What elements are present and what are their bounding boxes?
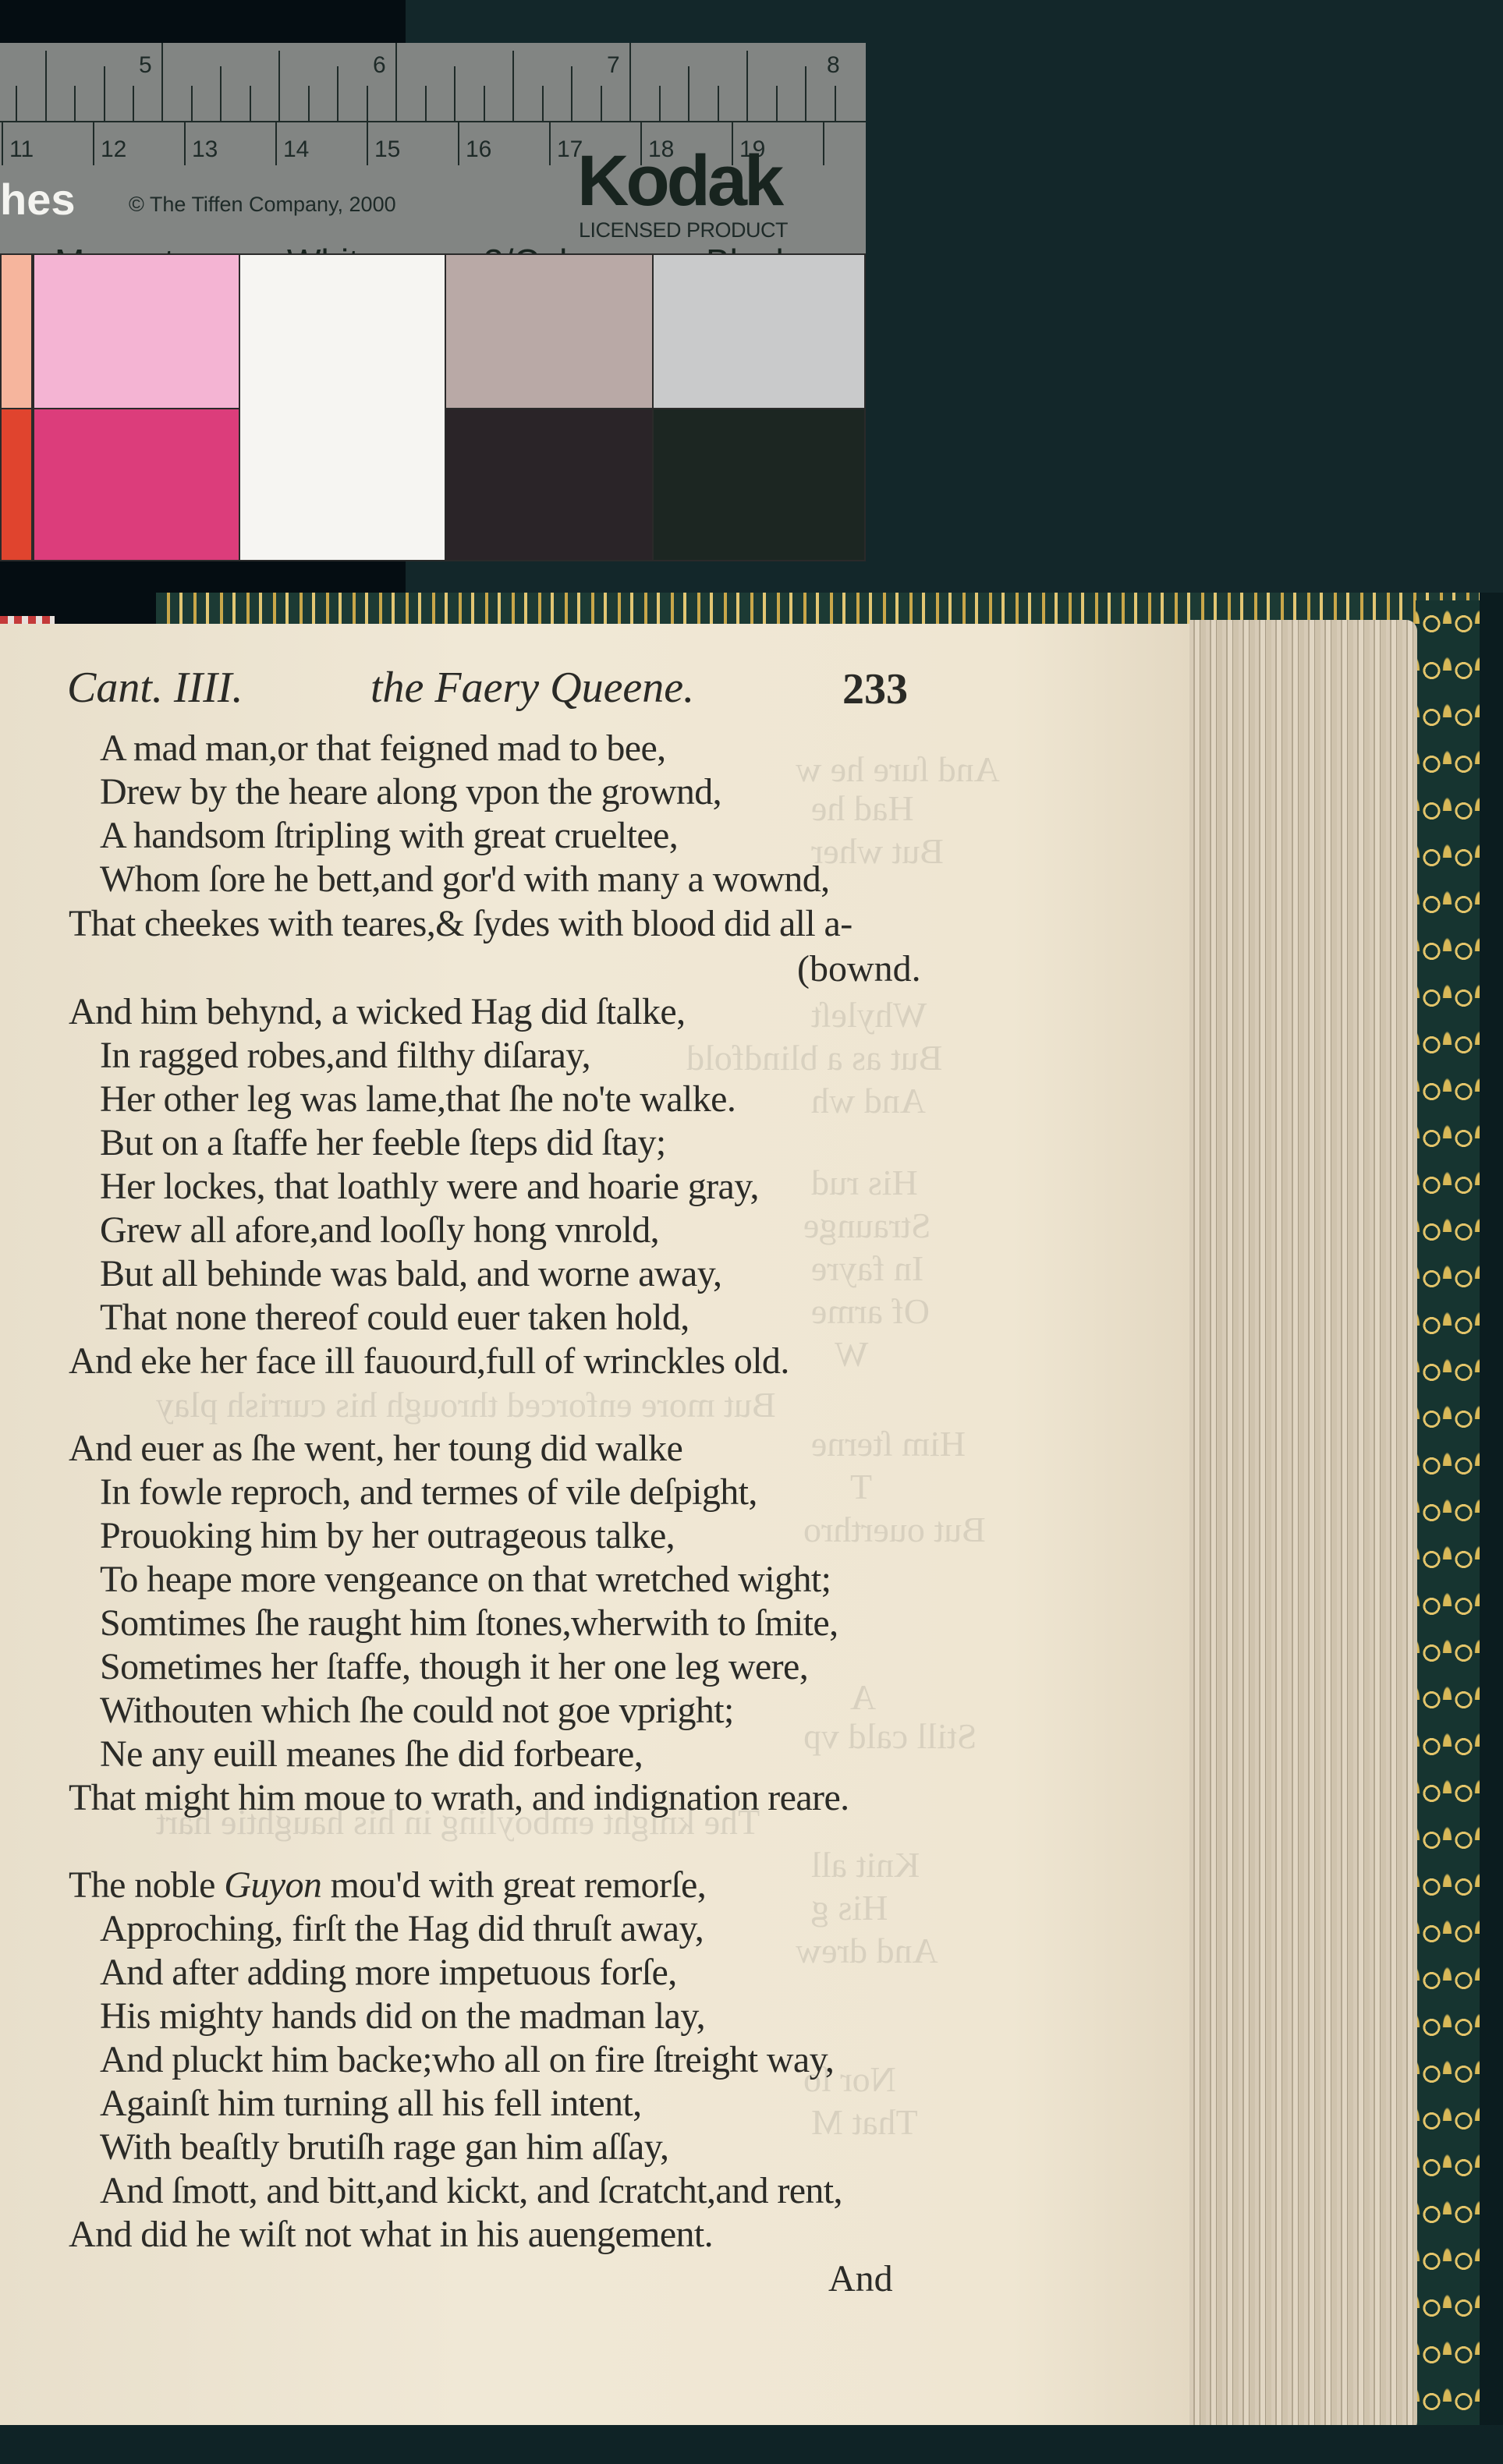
verse-line: Her other leg was lame,that ſhe no'te wa…: [100, 1078, 736, 1120]
verse-line: And pluckt him backe;who all on fire ſtr…: [100, 2038, 834, 2081]
swatch-black-light: [652, 253, 866, 409]
ruler-inch-label: 5: [139, 52, 152, 79]
gilt-cover-border: [1416, 600, 1480, 2425]
color-calibration-card: 5 6 7 8 11 12 13 14 15 16 17 18 19 hes ©…: [0, 43, 866, 561]
verse-line: That might him moue to wrath, and indign…: [69, 1776, 849, 1819]
swatch-3color-dark: [445, 408, 654, 561]
verse-line: Somtimes ſhe raught him ſtones,wherwith …: [100, 1602, 838, 1644]
show-through-text: Whyleſt: [811, 994, 927, 1036]
swatch-magenta-dark: [33, 408, 240, 561]
kodak-logo: Kodak: [577, 140, 781, 222]
licensed-product-label: LICENSED PRODUCT: [579, 218, 788, 243]
show-through-text: That M: [811, 2101, 918, 2143]
show-through-text: Him ſterne: [811, 1423, 966, 1464]
verse-line: But all behinde was bald, and worne away…: [100, 1252, 721, 1295]
verse-line: Whom ſore he bett,and gor'd with many a …: [100, 858, 830, 901]
show-through-text: Straunge: [803, 1205, 931, 1246]
verse-line: In ragged robes,and filthy diſaray,: [100, 1034, 590, 1077]
page-number: 233: [842, 664, 908, 714]
verse-line: Prouoking him by her outrageous talke,: [100, 1514, 675, 1557]
card-copyright: © The Tiffen Company, 2000: [129, 193, 396, 217]
verse-line: A mad man,or that feigned mad to bee,: [100, 727, 666, 770]
verse-line: And ſmott, and bitt,and kickt, and ſcrat…: [100, 2169, 842, 2212]
background-right-edge: [1480, 593, 1503, 2464]
ruler-inch-label: 7: [607, 52, 620, 79]
page-block-edges: [1189, 620, 1417, 2433]
verse-line: His mighty hands did on the madman lay,: [100, 1995, 705, 2037]
show-through-text: But more enforced through his currish pl…: [156, 1384, 776, 1425]
background-bottom: [0, 2425, 1503, 2464]
show-through-text: T: [850, 1466, 872, 1507]
verse-turnover: (bownd.: [797, 947, 921, 990]
show-through-text: A: [850, 1676, 876, 1718]
ruler-inch-label: 8: [827, 52, 840, 79]
verse-line: With beaſtly brutiſh rage gan him aſſay,: [100, 2126, 668, 2168]
show-through-text: And drew: [796, 1930, 938, 1971]
verse-line: Her lockes, that loathly were and hoarie…: [100, 1165, 759, 1208]
swatch-3color-light: [445, 253, 654, 409]
gilt-cover-top-edge: [156, 593, 1482, 624]
ruler-cm-label: 16: [466, 136, 491, 163]
show-through-text: Still cald vp: [803, 1715, 977, 1757]
card-brand-text: hes: [0, 174, 76, 225]
running-header-title: the Faery Queene.: [370, 663, 694, 713]
verse-line: In fowle reproch, and termes of vile deſ…: [100, 1471, 757, 1513]
ruler-cm-label: 13: [192, 136, 218, 163]
ruler-cm-label: 12: [101, 136, 126, 163]
verse-line: Withouten which ſhe could not goe vprigh…: [100, 1689, 734, 1732]
verse-line: And did he wiſt not what in his auengeme…: [69, 2213, 713, 2256]
verse-line: That none thereof could euer taken hold,: [100, 1296, 689, 1339]
ruler-inches: 5 6 7 8: [0, 43, 866, 122]
show-through-text: And ſure he w: [796, 749, 1000, 790]
verse-line: That cheekes with teares,& ſydes with bl…: [69, 902, 853, 945]
verse-line: And eke her face ill fauourd,full of wri…: [69, 1340, 789, 1382]
ruler-cm-label: 15: [374, 136, 400, 163]
verse-line: Againſt him turning all his fell intent,: [100, 2082, 642, 2125]
swatch-partial-dark: [0, 408, 33, 561]
show-through-text: Had he: [811, 788, 914, 829]
show-through-text: His g: [811, 1887, 888, 1928]
catchword: And: [828, 2257, 893, 2300]
verse-line: A handsom ſtripling with great crueltee,: [100, 814, 678, 857]
verse-line: To heape more vengeance on that wretched…: [100, 1558, 831, 1601]
show-through-text: Of arme: [811, 1290, 930, 1332]
ruler-inch-label: 6: [373, 52, 386, 79]
swatch-white: [239, 253, 446, 561]
verse-line: Approching, firſt the Hag did thruſt awa…: [100, 1907, 704, 1950]
show-through-text: Knit all: [811, 1844, 920, 1885]
show-through-text: And wh: [811, 1080, 926, 1121]
running-header-canto: Cant. IIII.: [67, 663, 243, 713]
verse-line: Sometimes her ſtaffe, though it her one …: [100, 1645, 808, 1688]
ruler-cm-label: 14: [283, 136, 309, 163]
verse-line: And after adding more impetuous forſe,: [100, 1951, 677, 1994]
verse-line: The noble Guyon mou'd with great remorſe…: [69, 1864, 706, 1906]
swatch-partial-light: [0, 253, 33, 409]
swatch-magenta-light: [33, 253, 240, 409]
verse-line: Grew all afore,and looſly hong vnrold,: [100, 1209, 659, 1251]
show-through-text: But ouerthro: [803, 1509, 986, 1550]
verse-line: Drew by the heare along vpon the grownd,: [100, 770, 721, 813]
italic-name-guyon: Guyon: [224, 1864, 321, 1906]
verse-line: And euer as ſhe went, her toung did walk…: [69, 1427, 682, 1470]
verse-line: And him behynd, a wicked Hag did ſtalke,: [69, 990, 685, 1033]
show-through-text: W: [835, 1333, 868, 1375]
show-through-text: In fayre: [811, 1248, 923, 1289]
swatch-black-dark: [652, 408, 866, 561]
verse-line: But on a ſtaffe her feeble ſteps did ſta…: [100, 1121, 666, 1164]
ruler-cm-label: 11: [9, 136, 34, 163]
show-through-text: His rud: [811, 1162, 918, 1203]
show-through-text: But as a blindfold: [686, 1037, 942, 1078]
show-through-text: But wher: [811, 830, 944, 872]
verse-line: Ne any euill meanes ſhe did forbeare,: [100, 1733, 643, 1775]
